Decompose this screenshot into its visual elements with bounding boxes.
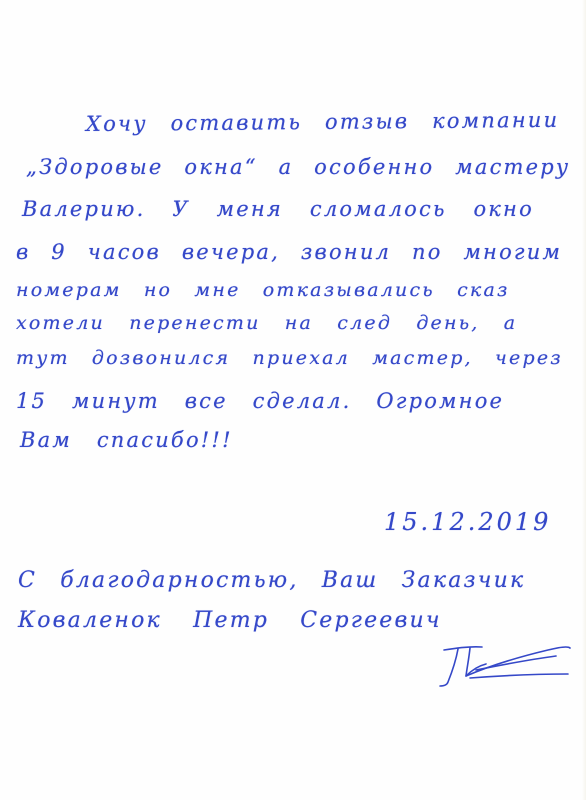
letter-page: Хочу оставить отзыв компании „Здоровые о… [0, 0, 586, 800]
letter-line-9: Вам спасибо!!! [20, 428, 233, 452]
letter-line-2: „Здоровые окна“ а особенно мастеру [26, 155, 570, 179]
letter-date: 15.12.2019 [384, 508, 551, 536]
letter-line-8: 15 минут все сделал. Огромное [16, 389, 504, 413]
letter-line-6: хотели перенести на след день, а [16, 312, 517, 334]
letter-line-1: Хочу оставить отзыв компании [86, 108, 559, 136]
letter-line-5: номерам но мне отказывались сказ [16, 279, 510, 301]
signature-icon [436, 640, 576, 688]
letter-line-3: Валерию. У меня сломалось окно [22, 197, 534, 221]
closing-line: С благодарностью, Ваш Заказчик [18, 568, 525, 593]
letter-line-7: тут дозвонился приехал мастер, через [16, 347, 563, 369]
letter-line-4: в 9 часов вечера, звонил по многим [16, 240, 562, 264]
author-name: Коваленок Петр Сергеевич [18, 608, 442, 633]
